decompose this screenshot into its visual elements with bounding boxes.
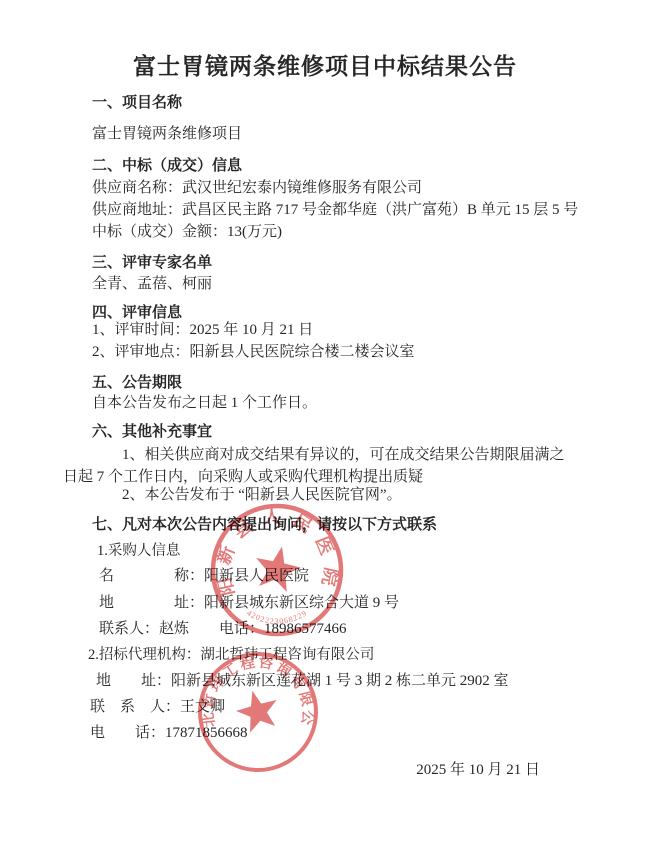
hospital-seal: 阳新县人民医院 4202223068229 <box>207 500 347 640</box>
award-amount: 中标（成交）金额：13(万元) <box>92 224 282 241</box>
hospital-seal-serial: 4202223068229 <box>245 608 309 625</box>
document-date: 2025 年 10 月 21 日 <box>416 758 540 779</box>
svg-text:4202223068229: 4202223068229 <box>245 608 309 625</box>
objection-line-2: 日起 7 个工作日内，向采购人或采购代理机构提出质疑 <box>63 469 423 486</box>
section-5-heading: 五、公告期限 <box>92 375 182 392</box>
expert-list: 全青、孟蓓、柯丽 <box>92 276 212 293</box>
hospital-seal-text: 阳新县人民医院 <box>212 507 342 598</box>
buyer-info-label: 1.采购人信息 <box>97 543 180 560</box>
section-4-heading: 四、评审信息 <box>92 305 182 322</box>
supplier-name: 供应商名称：武汉世纪宏泰内镜维修服务有限公司 <box>92 180 422 197</box>
document-page: 富士胃镜两条维修项目中标结果公告 一、项目名称 富士胃镜两条维修项目 二、中标（… <box>0 0 650 850</box>
review-time: 1、评审时间：2025 年 10 月 21 日 <box>92 322 313 339</box>
star-icon <box>232 685 283 734</box>
agency-seal: 湖北哲玮工程咨询有限公司 <box>193 647 323 777</box>
section-2-heading: 二、中标（成交）信息 <box>92 158 242 175</box>
notice-period: 自本公告发布之日起 1 个工作日。 <box>92 395 317 412</box>
star-icon <box>251 542 305 594</box>
review-place: 2、评审地点：阳新县人民医院综合楼二楼会议室 <box>92 344 415 361</box>
objection-line-1: 1、相关供应商对成交结果有异议的，可在成交结果公告期限届满之 <box>122 447 565 464</box>
section-6-heading: 六、其他补充事宜 <box>92 424 212 441</box>
page-title: 富士胃镜两条维修项目中标结果公告 <box>0 48 650 81</box>
section-3-heading: 三、评审专家名单 <box>92 255 212 272</box>
section-1-heading: 一、项目名称 <box>92 95 182 112</box>
svg-text:阳新县人民医院: 阳新县人民医院 <box>212 507 342 598</box>
project-name: 富士胃镜两条维修项目 <box>92 126 242 143</box>
supplier-address: 供应商地址：武昌区民主路 717 号金都华庭（洪广富苑）B 单元 15 层 5 … <box>92 202 578 219</box>
